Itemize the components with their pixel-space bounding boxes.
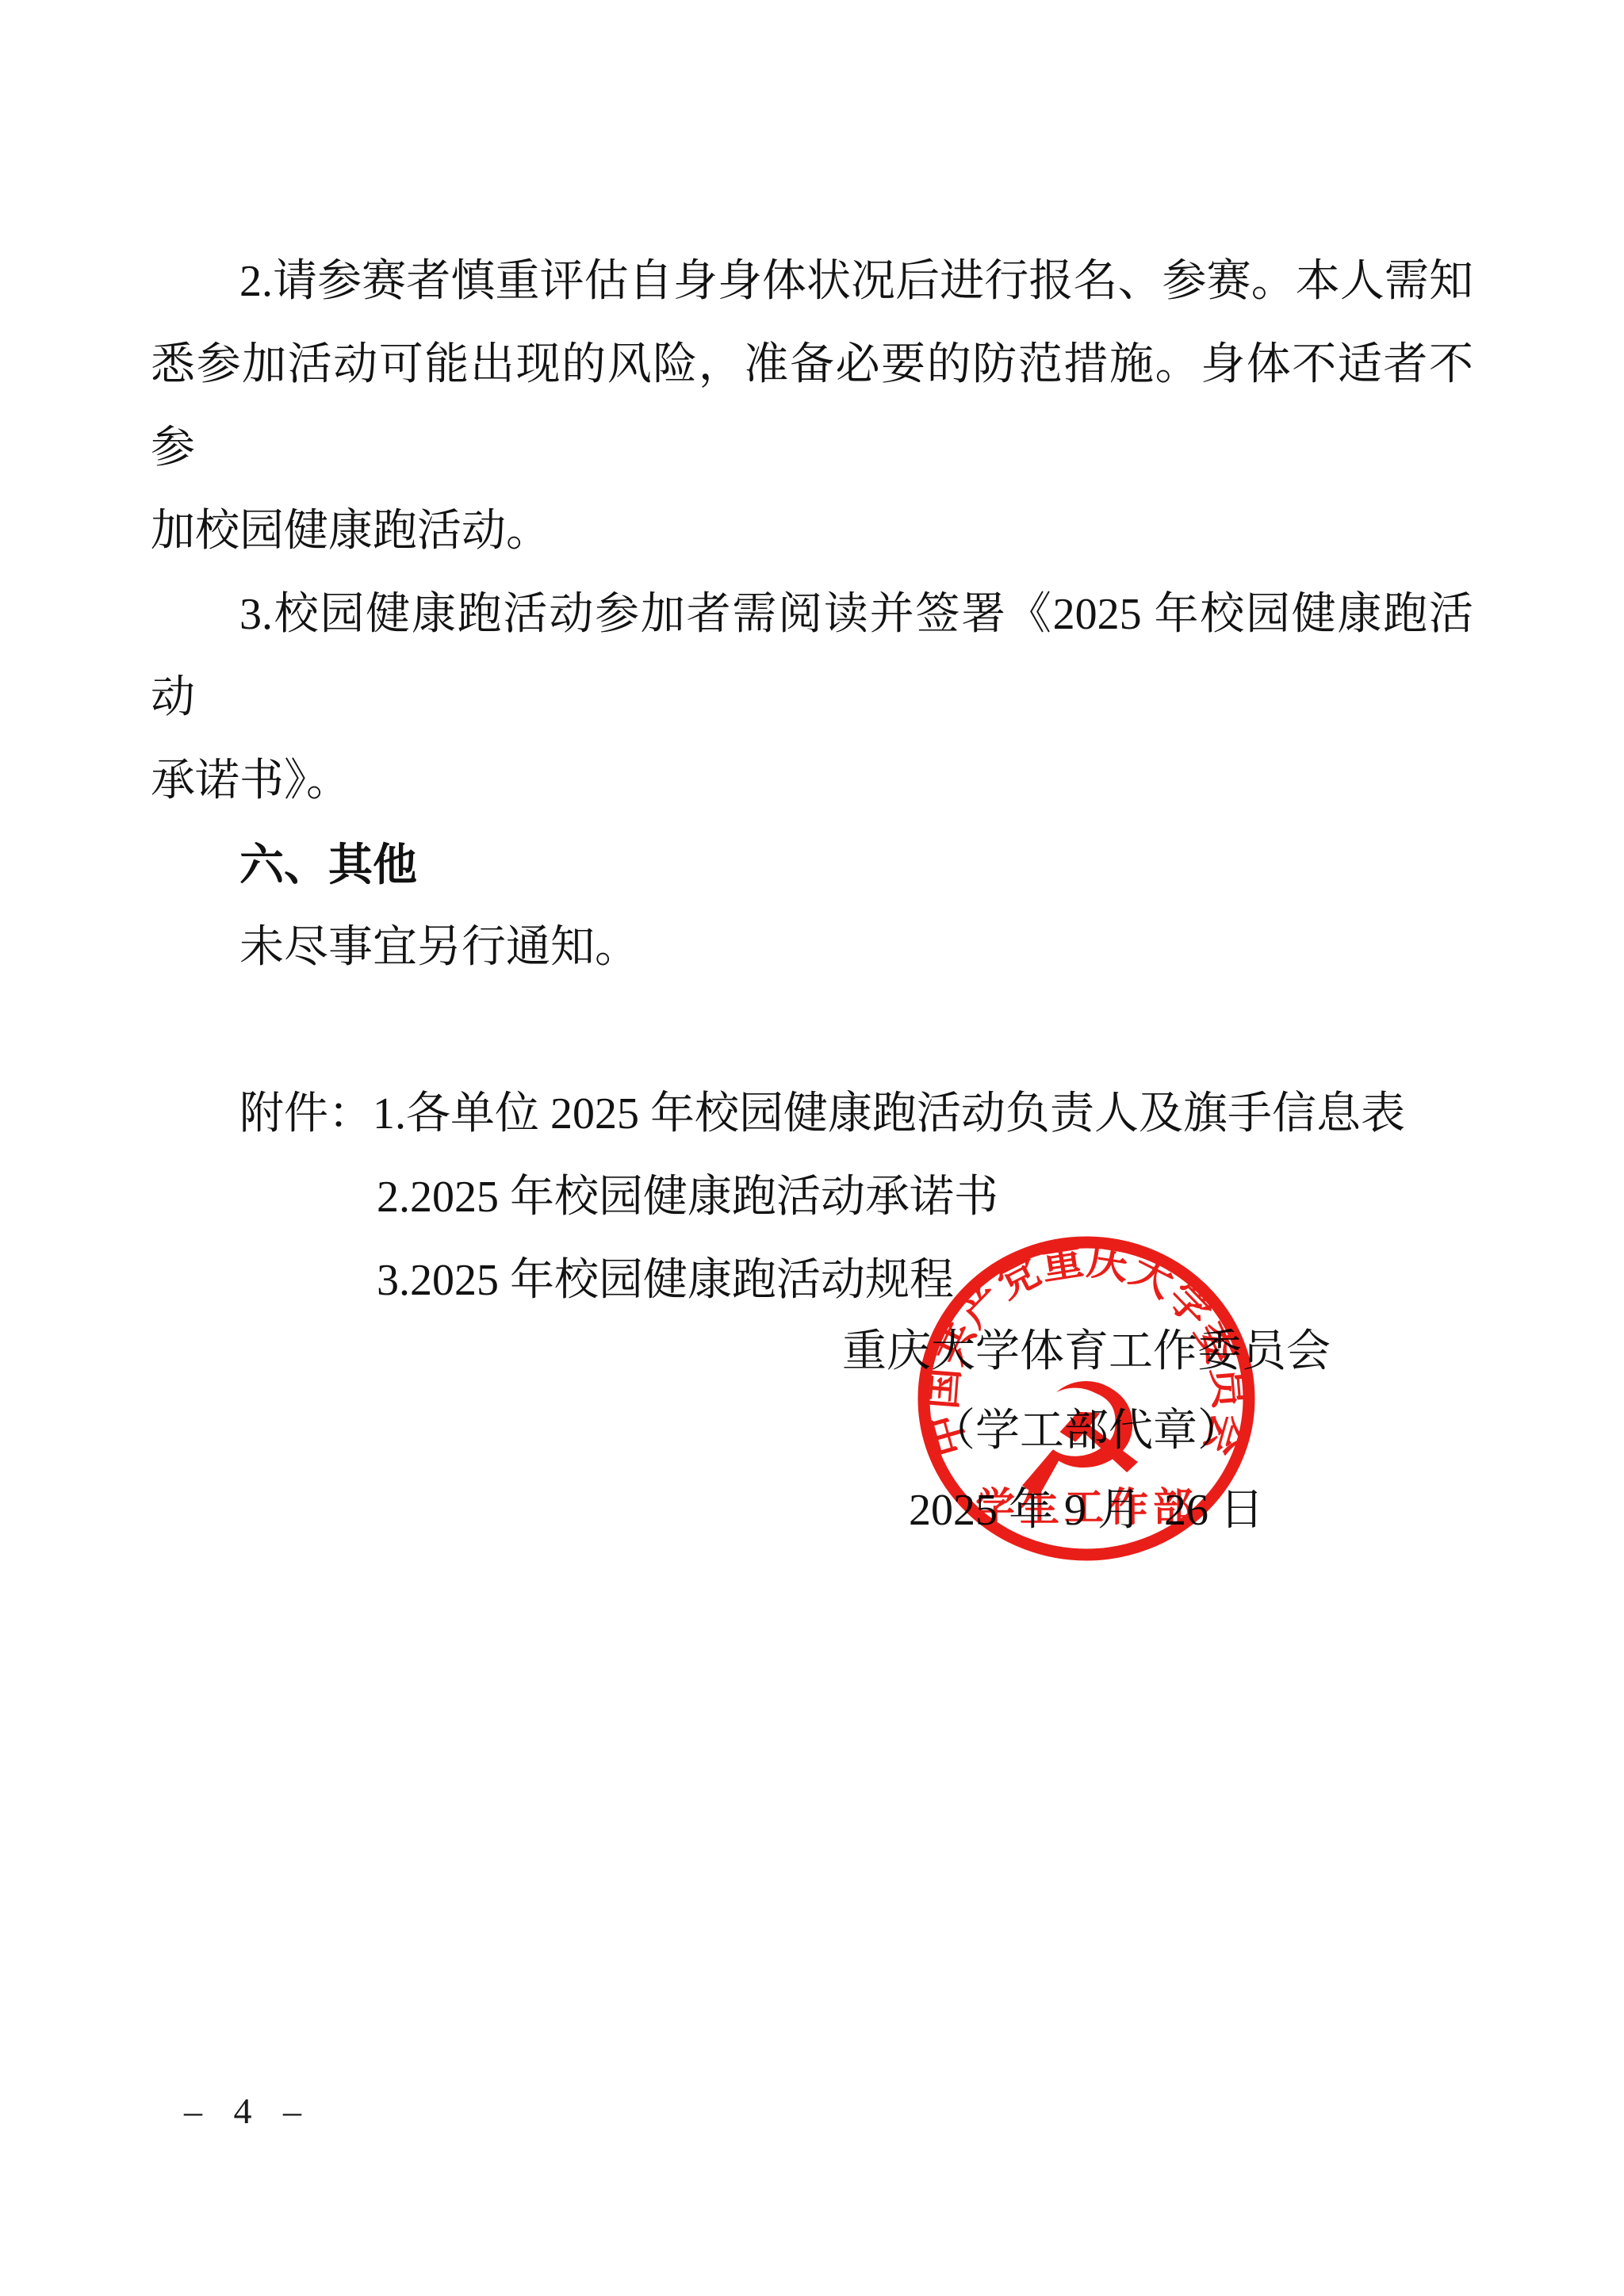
seal-bottom-text: 学生工作部 (975, 1485, 1197, 1529)
body-line: 加校园健康跑活动。 (151, 490, 1473, 573)
blank-line (151, 989, 1473, 1073)
section-heading: 六、其他 (151, 823, 1473, 906)
body-line: 承诺书》。 (151, 740, 1473, 823)
attachment-line: 2.2025 年校园健康跑活动承诺书 (151, 1156, 1473, 1239)
body-line: 3.校园健康跑活动参加者需阅读并签署《2025 年校园健康跑活动 (151, 573, 1473, 740)
document-page: 2.请参赛者慎重评估自身身体状况后进行报名、参赛。本人需知 悉参加活动可能出现的… (0, 0, 1624, 2296)
document-body: 2.请参赛者慎重评估自身身体状况后进行报名、参赛。本人需知 悉参加活动可能出现的… (151, 240, 1473, 1322)
body-line: 2.请参赛者慎重评估自身身体状况后进行报名、参赛。本人需知 (151, 240, 1473, 323)
attachment-line: 3.2025 年校园健康跑活动规程 (151, 1239, 1473, 1322)
body-line: 未尽事宜另行通知。 (151, 906, 1473, 989)
official-seal: 中国共产党重庆大学委员会 ☭ 学生工作部 (917, 1235, 1256, 1563)
attachment-line: 附件：1.各单位 2025 年校园健康跑活动负责人及旗手信息表 (151, 1073, 1473, 1156)
page-number: – 4 – (184, 2090, 312, 2132)
body-line: 悉参加活动可能出现的风险，准备必要的防范措施。身体不适者不参 (151, 323, 1473, 490)
